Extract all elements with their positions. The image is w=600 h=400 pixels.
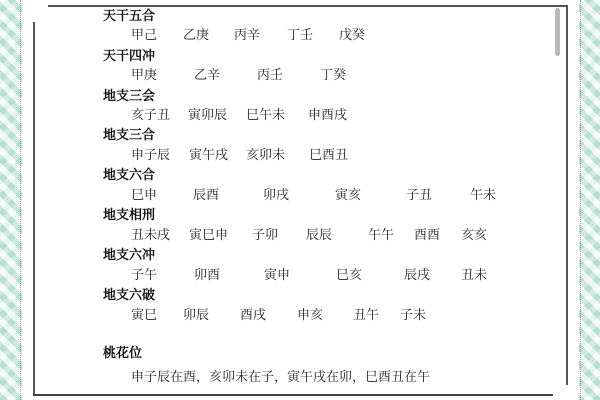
section-heading: 地支六合 [103,168,155,184]
list-item: 乙庚 [183,28,209,44]
list-item: 酉戌 [240,308,266,324]
section-heading: 地支相刑 [103,208,155,224]
list-item: 戊癸 [339,28,365,44]
section-heading: 天干五合 [103,9,155,25]
list-item: 申子辰 [131,148,170,164]
list-item: 巳亥 [336,268,362,284]
section-heading: 地支三合 [103,128,155,144]
list-item: 卯酉 [194,268,220,284]
list-item: 酉酉 [414,228,440,244]
list-item: 寅巳申 [189,228,228,244]
list-item: 甲己 [131,28,157,44]
list-item: 辰酉 [193,188,219,204]
list-item: 子丑 [406,188,432,204]
list-item: 亥亥 [461,228,487,244]
list-item: 巳午未 [246,108,285,124]
list-item: 丑未 [461,268,487,284]
list-item: 子午 [131,268,157,284]
list-item: 亥子丑 [131,108,170,124]
document-content: 天干五合 甲己 乙庚 丙辛 丁壬 戊癸 天干四冲 甲庚 乙辛 丙壬 丁癸 地支三… [0,0,600,400]
list-item: 申亥 [297,308,323,324]
list-item: 寅申 [264,268,290,284]
list-item: 丙壬 [257,68,283,84]
list-item: 丙辛 [234,28,260,44]
list-item: 乙辛 [194,68,220,84]
section-heading: 桃花位 [103,346,142,362]
section-heading: 天干四冲 [103,49,155,65]
list-item: 卯辰 [183,308,209,324]
list-item: 丑午 [353,308,379,324]
list-item: 丑未戌 [131,228,170,244]
section-heading: 地支六冲 [103,248,155,264]
list-item: 卯戌 [263,188,289,204]
list-item: 辰辰 [306,228,332,244]
list-item: 甲庚 [131,68,157,84]
list-item: 丁癸 [320,68,346,84]
list-item: 申子辰在酉，亥卯未在子，寅午戌在卯，巳酉丑在午 [131,370,430,386]
list-item: 子卯 [252,228,278,244]
list-item: 寅巳 [131,308,157,324]
list-item: 丁壬 [287,28,313,44]
list-item: 寅午戌 [189,148,228,164]
section-heading: 地支六破 [103,288,155,304]
list-item: 子未 [400,308,426,324]
list-item: 申酉戌 [308,108,347,124]
list-item: 亥卯未 [246,148,285,164]
list-item: 巳申 [131,188,157,204]
list-item: 午午 [368,228,394,244]
list-item: 寅卯辰 [188,108,227,124]
list-item: 寅亥 [335,188,361,204]
list-item: 巳酉丑 [309,148,348,164]
list-item: 辰戌 [404,268,430,284]
section-heading: 地支三会 [103,89,155,105]
list-item: 午未 [470,188,496,204]
